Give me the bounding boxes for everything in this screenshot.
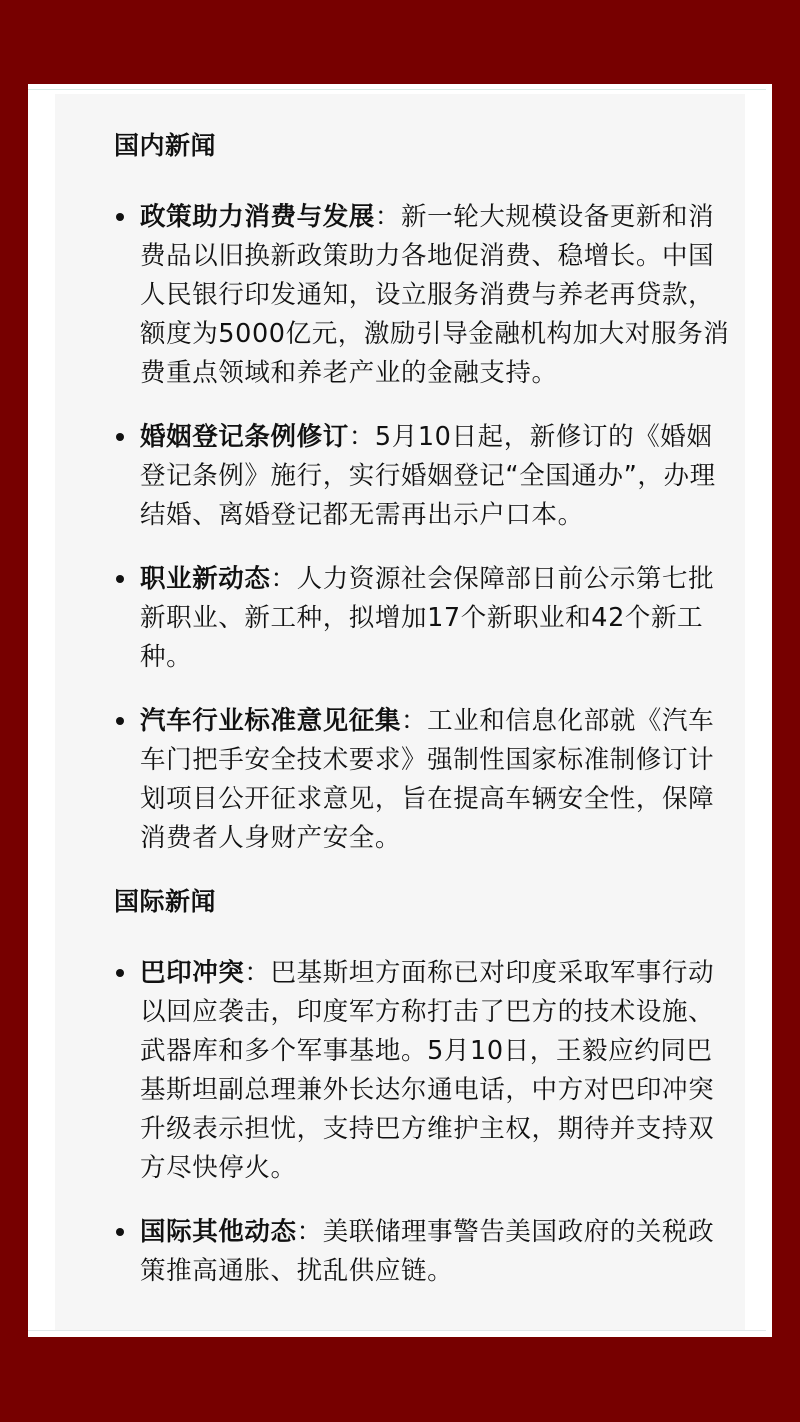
domestic-news-list: 政策助力消费与发展：新一轮大规模设备更新和消费品以旧换新政策助力各地促消费、稳增… (114, 198, 734, 858)
label-separator: ： (271, 564, 297, 594)
bullet-icon (116, 1228, 124, 1236)
news-content: 国内新闻 政策助力消费与发展：新一轮大规模设备更新和消费品以旧换新政策助力各地促… (114, 116, 734, 1291)
bullet-icon (116, 717, 124, 725)
news-item-text: 巴基斯坦方面称已对印度采取军事行动以回应袭击，印度军方称打击了巴方的技术设施、武… (140, 958, 714, 1183)
divider (28, 1330, 766, 1331)
news-item-label: 职业新动态 (140, 564, 271, 594)
news-item-marriage-regulation: 婚姻登记条例修订：5月10日起，新修订的《婚姻登记条例》施行，实行婚姻登记“全国… (114, 418, 734, 535)
bullet-icon (116, 433, 124, 441)
label-separator: ： (401, 706, 427, 736)
label-separator: ： (297, 1217, 323, 1247)
news-item-new-occupations: 职业新动态：人力资源社会保障部日前公示第七批新职业、新工种，拟增加17个新职业和… (114, 560, 734, 677)
news-item-label: 婚姻登记条例修订 (140, 422, 349, 452)
label-separator: ： (349, 422, 375, 452)
news-item-label: 政策助力消费与发展 (140, 202, 375, 232)
international-news-list: 巴印冲突：巴基斯坦方面称已对印度采取军事行动以回应袭击，印度军方称打击了巴方的技… (114, 954, 734, 1291)
news-card: 国内新闻 政策助力消费与发展：新一轮大规模设备更新和消费品以旧换新政策助力各地促… (28, 84, 772, 1337)
divider (28, 89, 766, 90)
label-separator: ： (244, 958, 270, 988)
news-panel: 国内新闻 政策助力消费与发展：新一轮大规模设备更新和消费品以旧换新政策助力各地促… (55, 94, 745, 1330)
bullet-icon (116, 213, 124, 221)
news-item-label: 汽车行业标准意见征集 (140, 706, 401, 736)
news-item-label: 国际其他动态 (140, 1217, 297, 1247)
news-item-international-other: 国际其他动态：美联储理事警告美国政府的关税政策推高通胀、扰乱供应链。 (114, 1213, 734, 1291)
section-title-international: 国际新闻 (114, 884, 734, 920)
section-title-domestic: 国内新闻 (114, 128, 734, 164)
bullet-icon (116, 575, 124, 583)
news-item-policy-consumption: 政策助力消费与发展：新一轮大规模设备更新和消费品以旧换新政策助力各地促消费、稳增… (114, 198, 734, 393)
news-item-pakistan-india-conflict: 巴印冲突：巴基斯坦方面称已对印度采取军事行动以回应袭击，印度军方称打击了巴方的技… (114, 954, 734, 1188)
label-separator: ： (375, 202, 401, 232)
news-item-label: 巴印冲突 (140, 958, 244, 988)
bullet-icon (116, 969, 124, 977)
news-item-auto-standard: 汽车行业标准意见征集：工业和信息化部就《汽车车门把手安全技术要求》强制性国家标准… (114, 702, 734, 858)
